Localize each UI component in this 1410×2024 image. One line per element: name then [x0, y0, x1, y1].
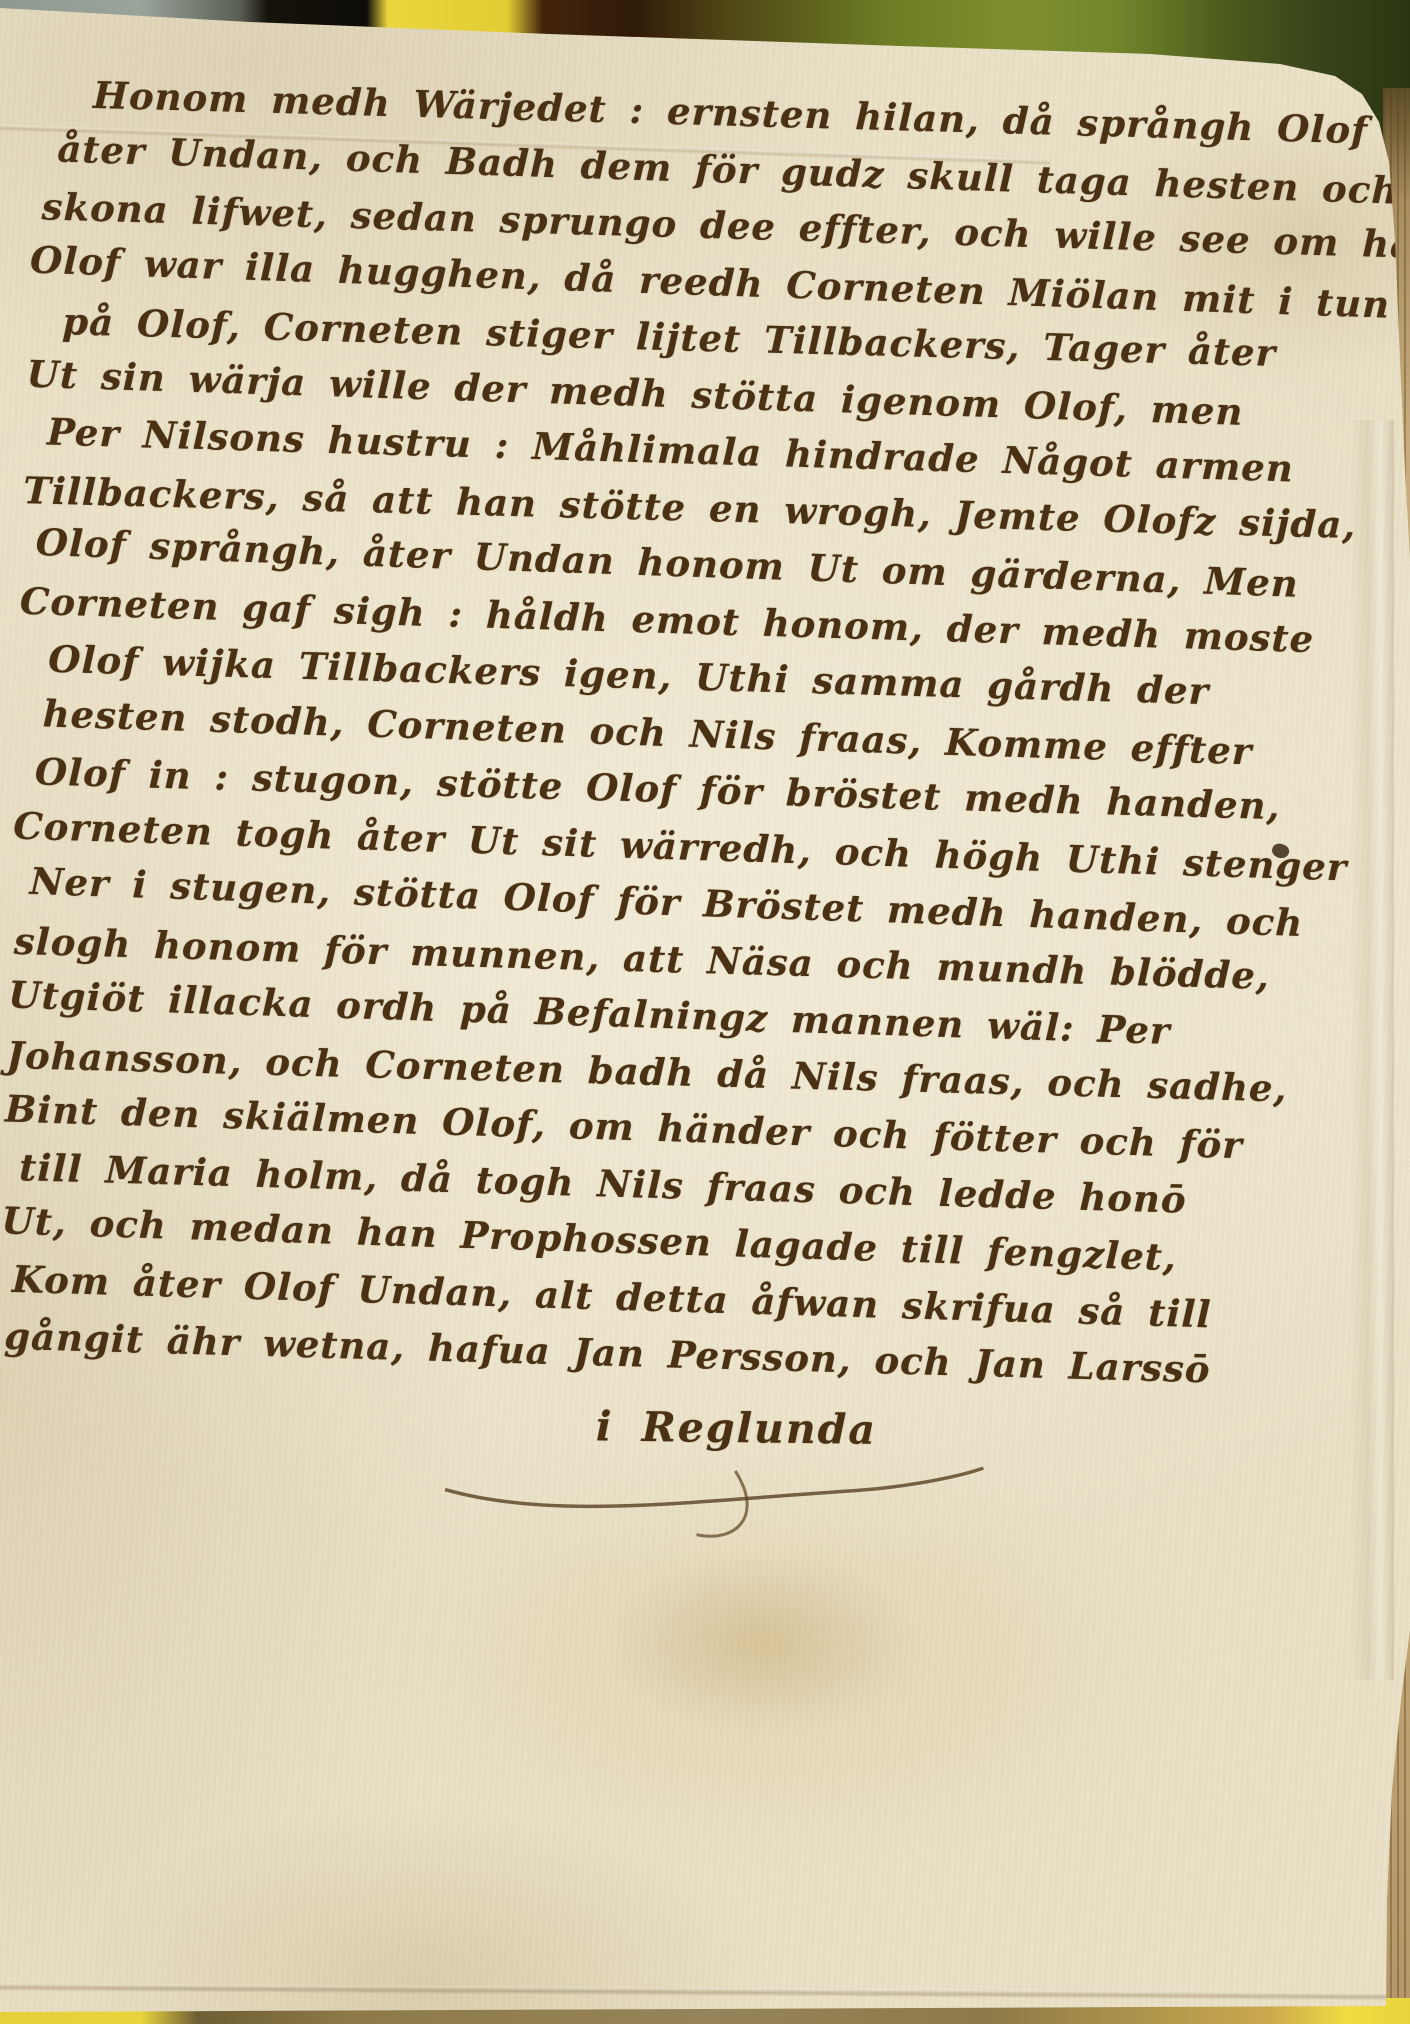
manuscript-text: Honom medh Wärjedet : ernsten hilan, då …	[0, 64, 1380, 1469]
manuscript-page: Honom medh Wärjedet : ernsten hilan, då …	[0, 0, 1410, 2024]
signature-place-name: i Reglunda	[596, 1402, 878, 1453]
signature-block: i Reglunda	[596, 1401, 1077, 1457]
paper-crease-bottom	[0, 1983, 1410, 2001]
book-photo-scene: Honom medh Wärjedet : ernsten hilan, då …	[0, 0, 1410, 2024]
